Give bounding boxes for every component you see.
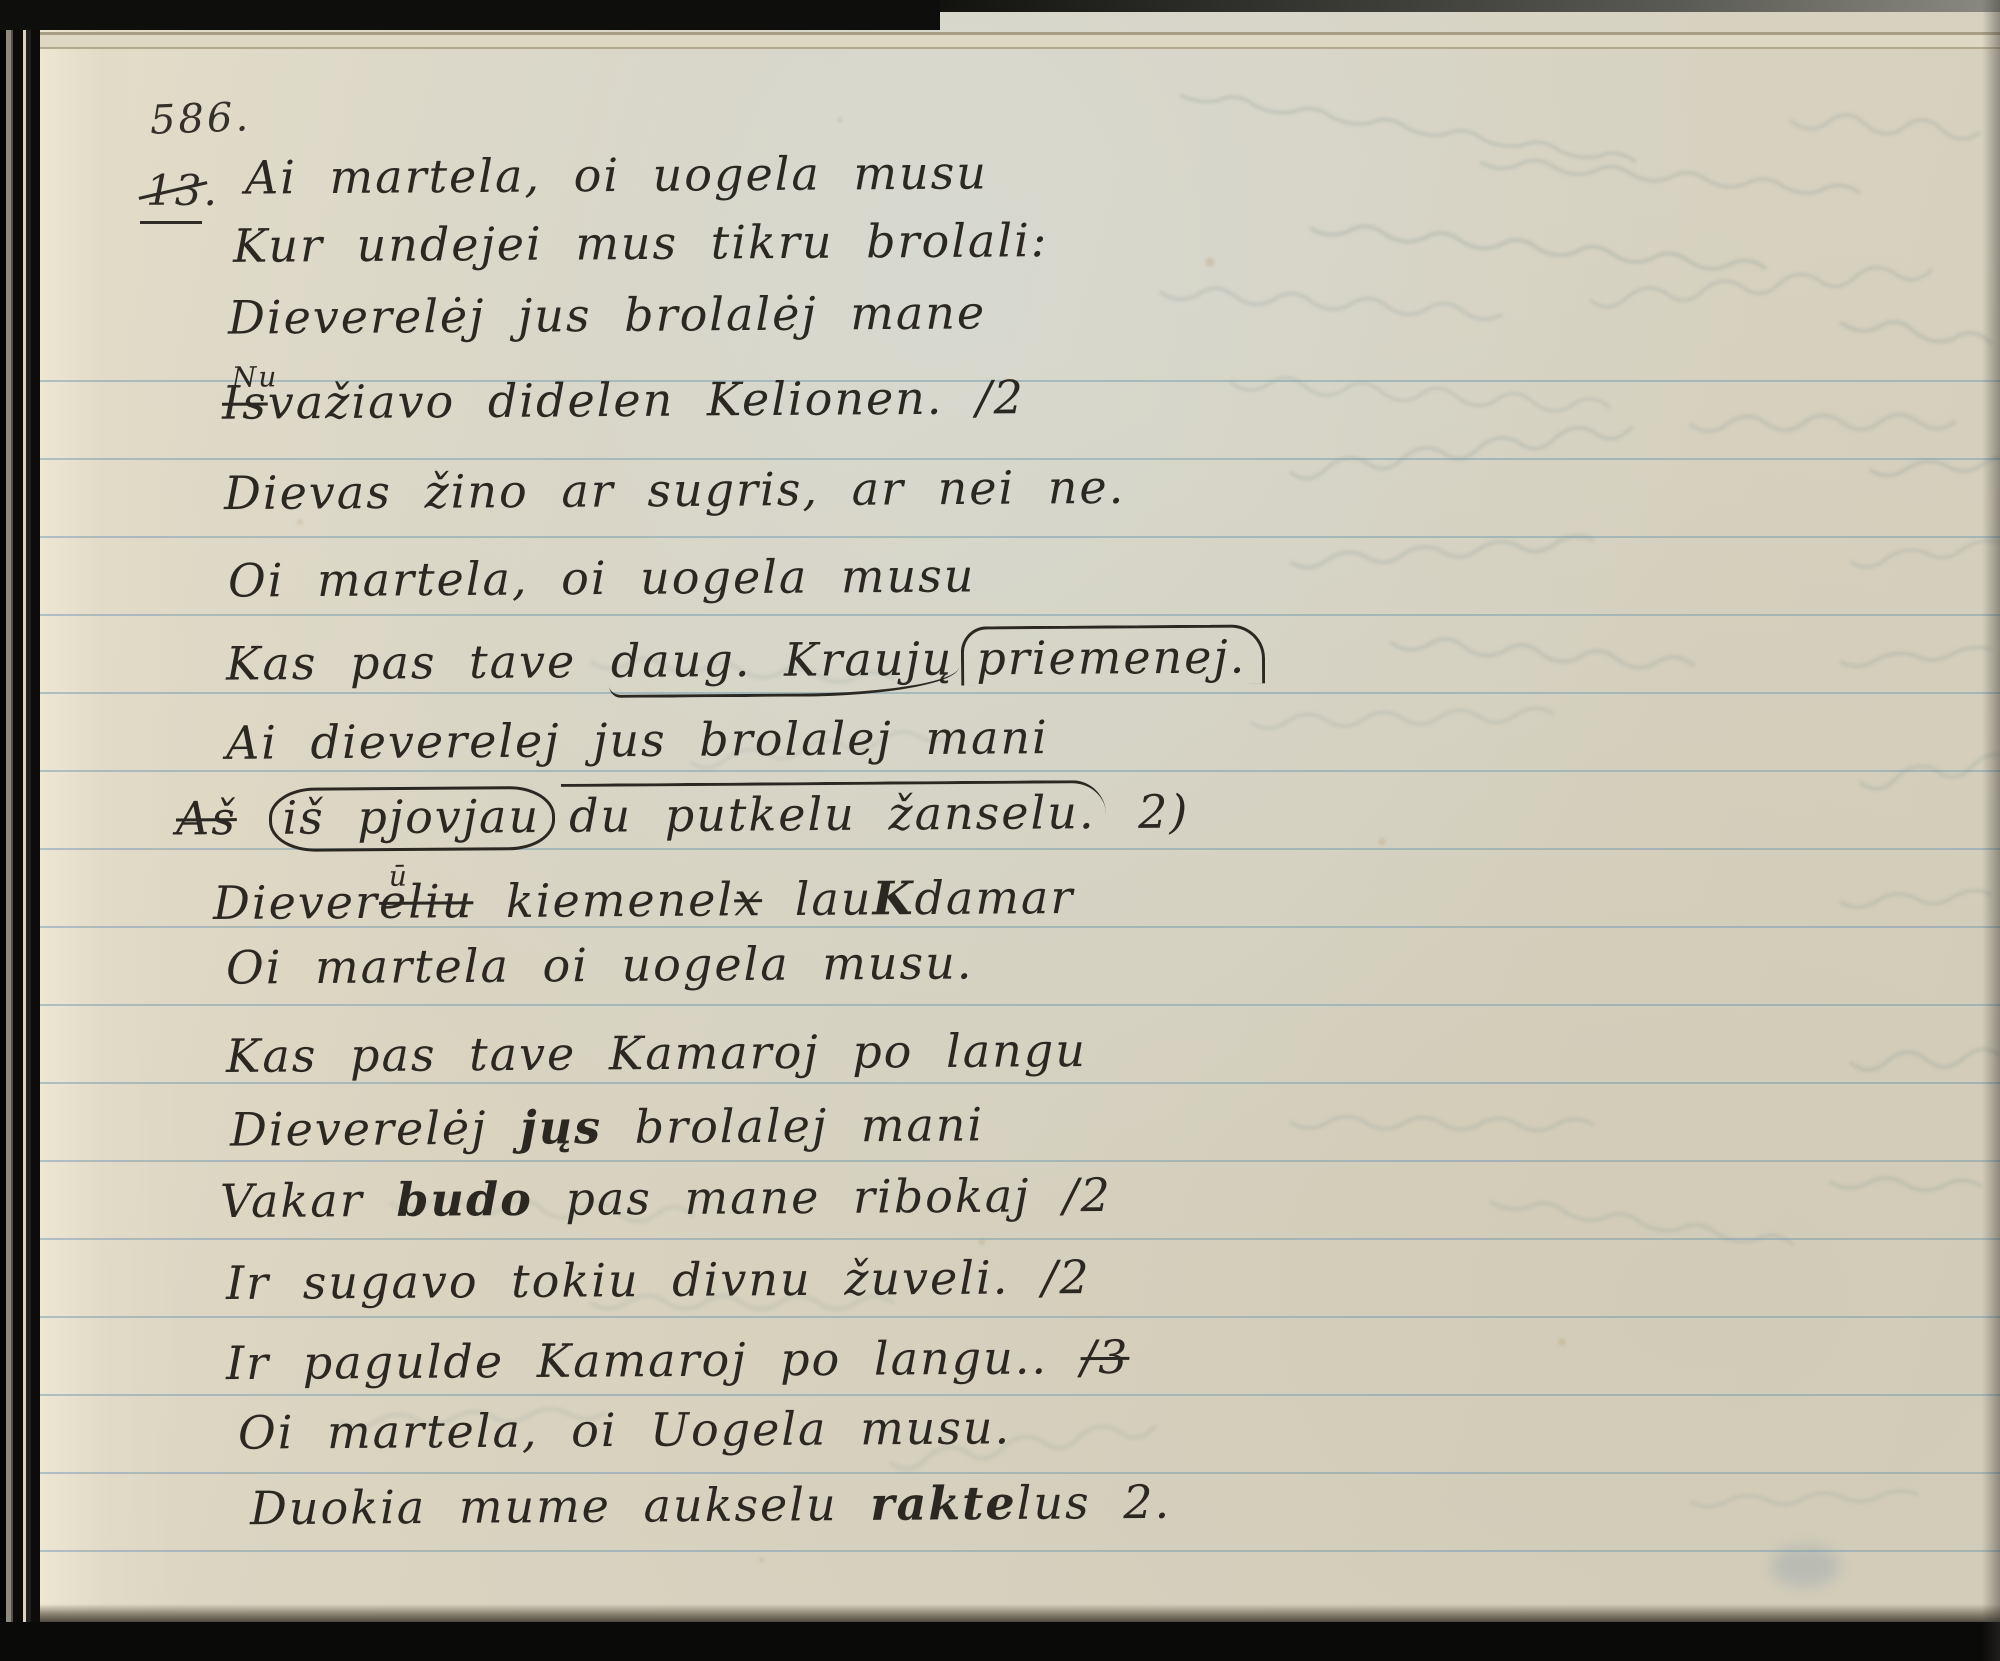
manuscript-line: Kas pas tave Kamaroj po langu: [226, 1023, 1087, 1084]
handwritten-text: Ir pagulde Kamaroj po langu..: [226, 1330, 1081, 1390]
manuscript-line: Kas pas tave daug. Kraujųpriemenej.: [226, 629, 1266, 691]
manuscript-line: Oi martela, oi uogela musu: [228, 548, 976, 608]
handwritten-text: pas mane ribokaj /2: [533, 1168, 1112, 1226]
handwritten-text: brolalej mani: [602, 1097, 984, 1154]
handwritten-text: Oi martela oi uogela musu.: [226, 935, 974, 994]
handwritten-text: lau: [762, 871, 873, 926]
annotated-text: budo: [396, 1172, 533, 1227]
manuscript-line: Vakar budo pas mane ribokaj /2: [220, 1168, 1112, 1229]
page-bottom-edge: [40, 1604, 2000, 1622]
handwritten-text: važiavo didelen Kelionen. /2: [268, 370, 1025, 429]
manuscript-line: Dieverelėj jus brolalėj mane: [228, 285, 987, 345]
annotated-text: jųs: [520, 1100, 602, 1155]
annotated-text: iš pjovjau: [269, 786, 555, 852]
handwritten-text: 2): [1105, 784, 1189, 839]
handwritten-text: Kur undejei mus tikru brolali:: [233, 213, 1049, 273]
scan-top-edge: [0, 0, 940, 30]
handwritten-text: lus 2.: [1017, 1475, 1172, 1530]
handwritten-text: Kas pas tave: [226, 634, 609, 691]
manuscript-line: Dievas žino ar sugris, ar nei ne.: [224, 460, 1126, 521]
handwritten-text: damar: [914, 870, 1074, 925]
handwritten-text: Dieverelėj: [230, 1101, 520, 1157]
song-number: 13.: [146, 166, 219, 215]
annotated-text: priemenej.: [961, 624, 1265, 685]
annotated-text: /3: [1080, 1330, 1129, 1384]
manuscript-line: Oi martela, oi Uogela musu.: [238, 1400, 1012, 1460]
handwritten-text: Diever: [213, 875, 379, 930]
manuscript-line: Dieverelėj jųs brolalej mani: [230, 1097, 985, 1157]
manuscript-line: Aš iš pjovjaudu putkelu žanselu. 2): [176, 784, 1190, 846]
handwritten-text: Kas pas tave Kamaroj po langu: [226, 1023, 1087, 1083]
manuscript-line: Ir pagulde Kamaroj po langu.. /3: [226, 1330, 1130, 1391]
annotated-text: du putkelu žanselu.: [561, 780, 1106, 843]
manuscript-line: Ai martela, oi uogela musu: [245, 145, 988, 205]
manuscript-line: Duokia mume aukselu raktelus 2.: [250, 1475, 1172, 1536]
handwritten-text: [237, 791, 270, 845]
handwritten-text: Oi martela, oi uogela musu: [228, 548, 976, 607]
handwritten-text: Ai martela, oi uogela musu: [245, 145, 988, 204]
scan-top-edge-right: [940, 0, 2000, 12]
manuscript-line: Oi martela oi uogela musu.: [226, 935, 974, 995]
page-top-edge: [40, 28, 2000, 56]
inserted-correction: NuIs: [222, 375, 268, 430]
handwritten-text: Dievas žino ar sugris, ar nei ne.: [224, 460, 1126, 520]
scan-right-shadow: [1982, 0, 2000, 1661]
handwritten-text: Vakar: [220, 1173, 397, 1228]
scan-bottom-edge: [0, 1622, 2000, 1661]
annotated-text: daug. Kraujų: [609, 632, 960, 698]
handwritten-text: Duokia mume aukselu: [250, 1477, 871, 1535]
annotated-text: Aš: [176, 791, 237, 845]
handwritten-text: Dieverelėj jus brolalėj mane: [228, 285, 987, 344]
annotated-text: rakte: [870, 1476, 1017, 1531]
page-number: 586.: [149, 94, 252, 143]
book-binding: [0, 0, 40, 1661]
inserted-correction: ūeliu: [379, 874, 474, 930]
handwritten-text: Oi martela, oi Uogela musu.: [238, 1400, 1012, 1459]
manuscript-line: Kur undejei mus tikru brolali:: [233, 213, 1049, 274]
annotated-text: x: [734, 872, 762, 926]
scanned-manuscript: 586. 13. Ai martela, oi uogela musuKur u…: [0, 0, 2000, 1661]
handwritten-text: Ir sugavo tokiu divnu žuveli. /2: [226, 1250, 1091, 1310]
manuscript-line: Ir sugavo tokiu divnu žuveli. /2: [226, 1250, 1091, 1311]
handwritten-text: Ai dieverelej jus brolalej mani: [226, 710, 1049, 770]
manuscript-line: Ai dieverelej jus brolalej mani: [226, 710, 1049, 771]
annotated-text: K: [872, 871, 914, 925]
manuscript-line: Dieverūeliu kiemenelx lauKdamar: [213, 870, 1075, 931]
handwritten-text: kiemenel: [473, 872, 734, 928]
manuscript-line: NuIsvažiavo didelen Kelionen. /2: [222, 370, 1025, 431]
ink-smudge: [1770, 1545, 1840, 1587]
